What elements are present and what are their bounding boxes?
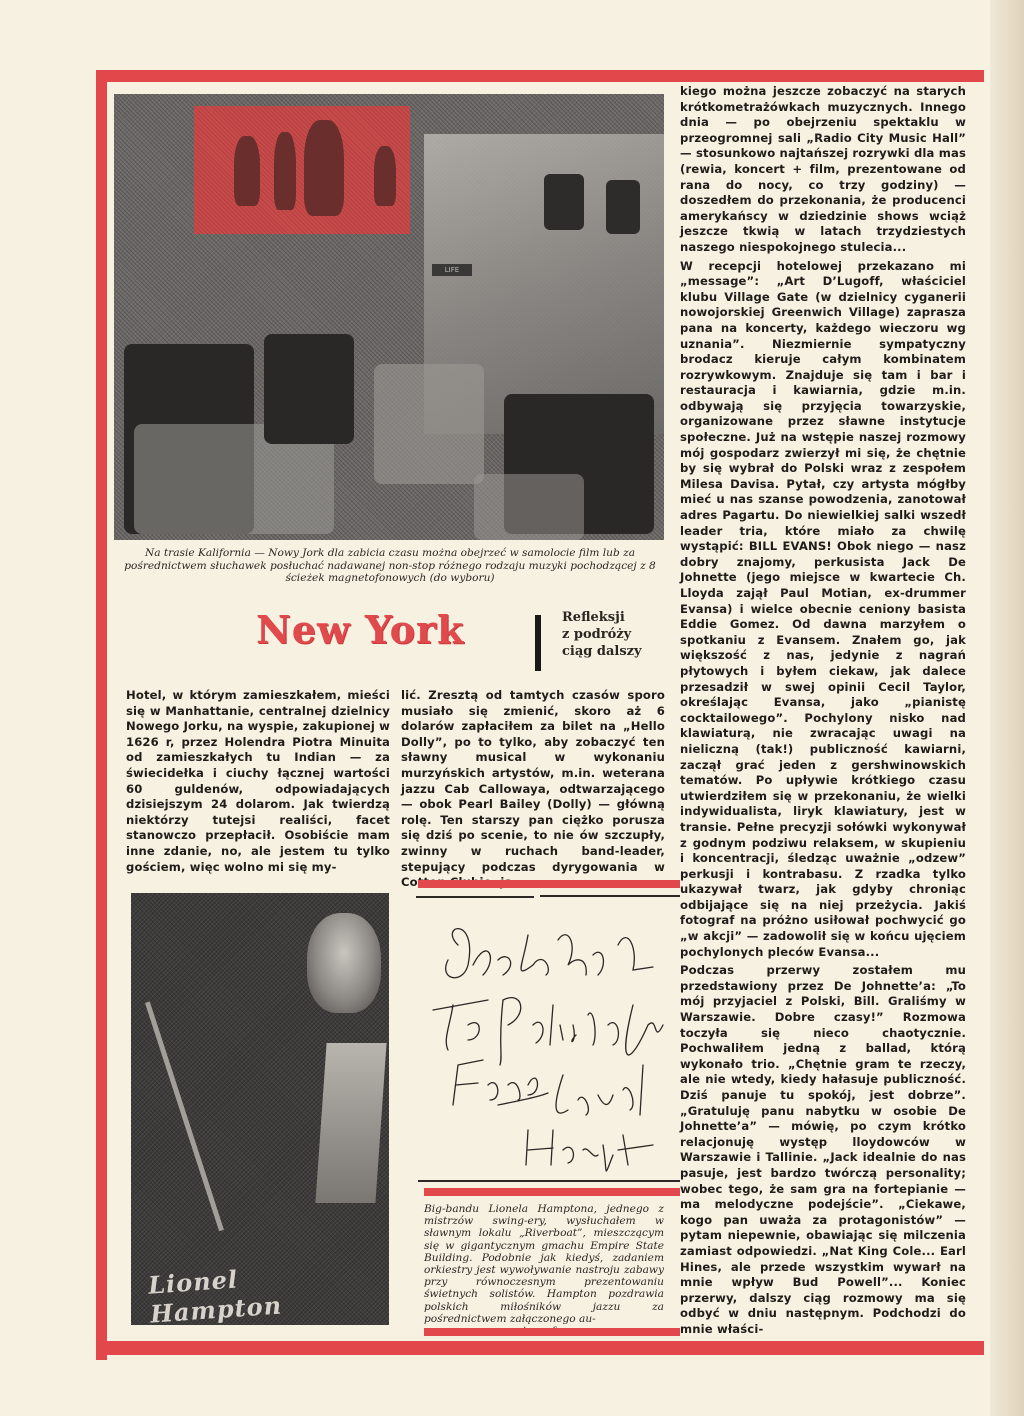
- red-rule-top: [96, 70, 984, 82]
- article-column-3: kiego można jeszcze zobaczyć na starych …: [680, 84, 966, 1338]
- paragraph: lić. Zresztą od tamtych czasów sporo mus…: [401, 688, 665, 891]
- autograph-box-thin-rule-bottom: [418, 1180, 680, 1182]
- article-subtitle: Refleksji z podróży ciąg dalszy: [562, 609, 642, 660]
- paragraph: kiego można jeszcze zobaczyć na starych …: [680, 84, 966, 256]
- microphone-stand: [145, 1001, 224, 1231]
- caption-text: Big-bandu Lionela Hamptona, jednego z mi…: [424, 1203, 664, 1325]
- performer-face: [307, 913, 381, 1013]
- photo-airplane-cabin: LIFE: [114, 94, 664, 540]
- paragraph: W recepcji hotelowej przekazano mi „mess…: [680, 259, 966, 961]
- subtitle-line: ciąg dalszy: [562, 643, 642, 660]
- caption-red-rule-top: [424, 1188, 680, 1196]
- red-rule-left: [96, 80, 107, 1360]
- autograph-box-thin-rule: [416, 896, 534, 898]
- inflight-movie-screen: [194, 106, 410, 234]
- article-title: New York: [256, 608, 464, 652]
- red-rule-bottom: [96, 1341, 984, 1355]
- article-column-2: lić. Zresztą od tamtych czasów sporo mus…: [401, 688, 665, 891]
- caption-red-rule-bottom: [424, 1328, 680, 1336]
- title-divider: [535, 615, 541, 671]
- page-edge-shadow: [990, 0, 1024, 1416]
- photo-caption-hampton: Big-bandu Lionela Hamptona, jednego z mi…: [424, 1203, 664, 1337]
- paragraph: Hotel, w którym zamieszkałem, mieści się…: [126, 688, 390, 875]
- autograph-box-thin-rule: [540, 895, 680, 897]
- photo-caption-airplane: Na trasie Kalifornia — Nowy Jork dla zab…: [112, 547, 668, 585]
- neon-sign: Lionel Hampton: [147, 1255, 371, 1325]
- paragraph: Podczas przerwy zostałem mu przedstawion…: [680, 963, 966, 1337]
- cabin-sign: LIFE: [432, 264, 472, 276]
- autograph-box-red-rule-top: [418, 880, 680, 888]
- lionel-hampton-autograph: [428, 905, 668, 1175]
- photo-lionel-hampton: Lionel Hampton: [131, 893, 389, 1325]
- subtitle-line: Refleksji: [562, 609, 642, 626]
- performer-shirt: [315, 1043, 386, 1203]
- article-column-1: Hotel, w którym zamieszkałem, mieści się…: [126, 688, 390, 875]
- subtitle-line: z podróży: [562, 626, 642, 643]
